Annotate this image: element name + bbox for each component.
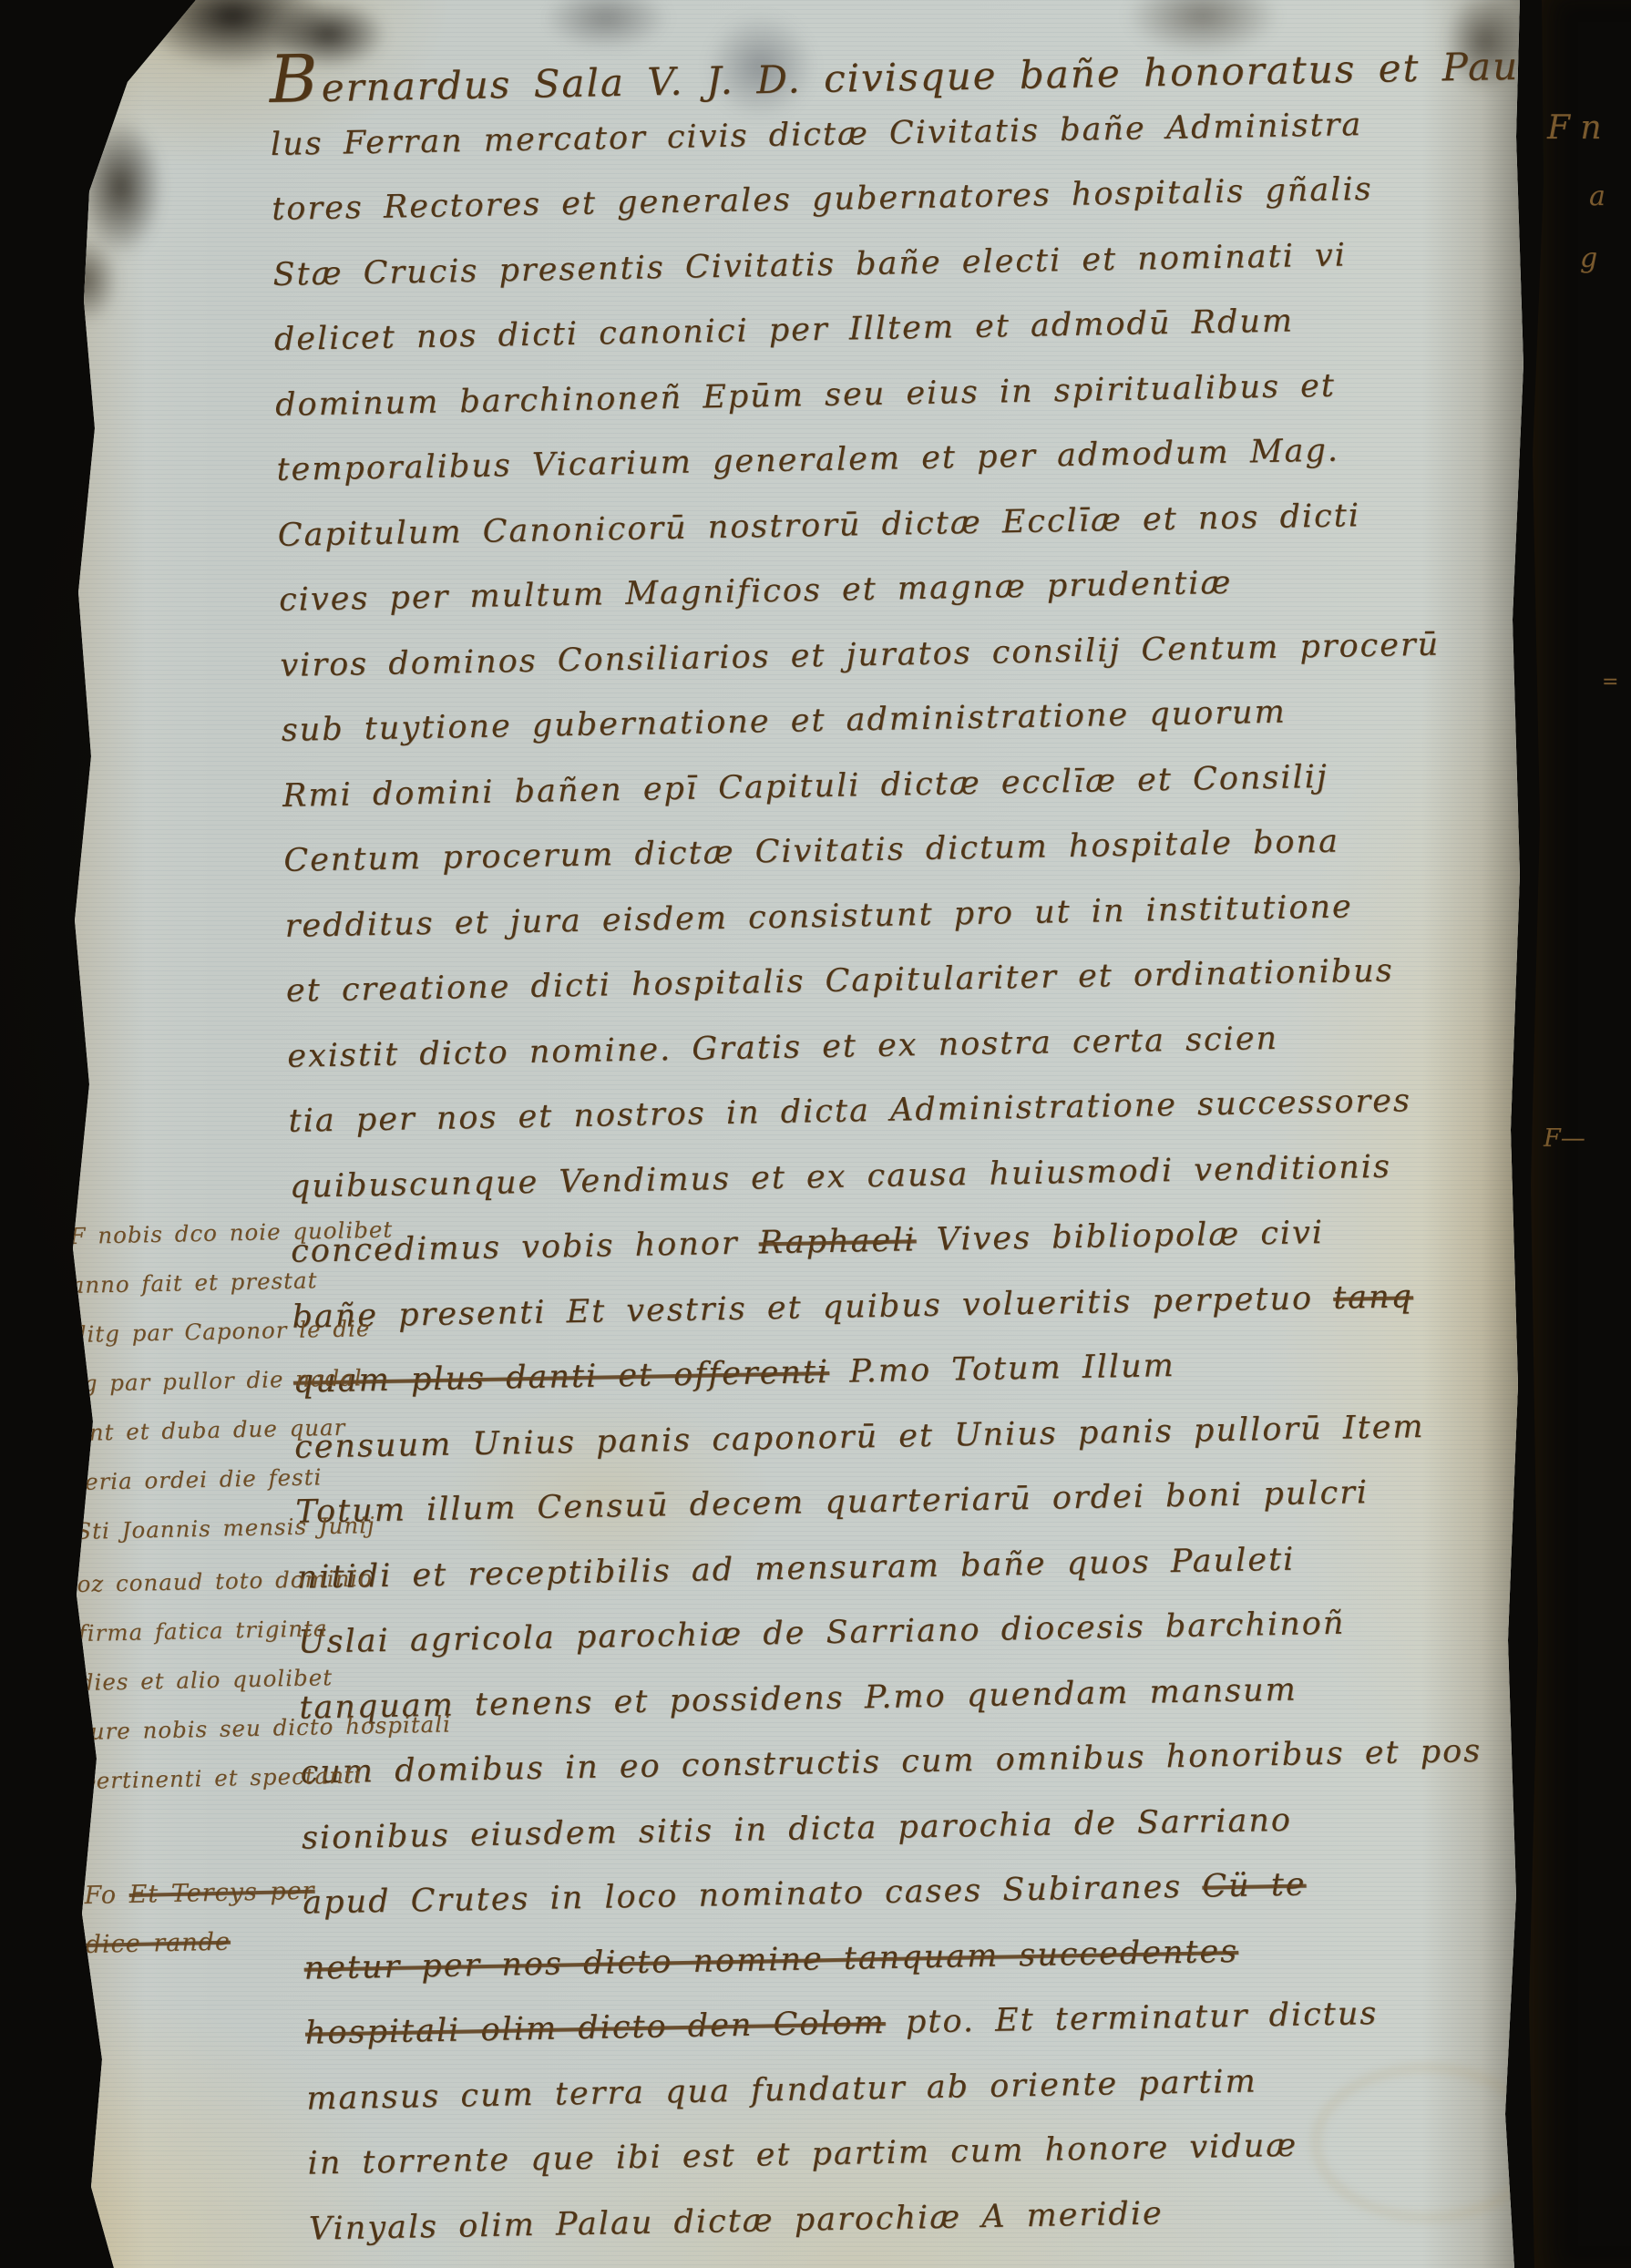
handwritten-text: existit dicto nomine. Gratis et ex nostr…	[287, 1020, 1278, 1074]
margin-note-3: Fo Et Tercys perdice rande	[84, 1867, 316, 1970]
handwritten-text: oz conaud toto dominio	[77, 1565, 373, 1597]
handwritten-text: sub tuytione gubernatione et administrat…	[281, 694, 1287, 749]
struck-text: dice rande	[85, 1928, 231, 1959]
manuscript-line: pertinenti et spectanti	[81, 1749, 453, 1806]
handwritten-text: cum domibus in eo constructis cum omnibu…	[300, 1733, 1482, 1791]
handwritten-text: Jure nobis seu dicto hospitali	[80, 1710, 452, 1745]
marginal-mark: F—	[1544, 1124, 1585, 1153]
handwritten-text: Stæ Crucis presentis Civitatis bañe elec…	[272, 237, 1347, 293]
handwritten-text: redditus et jura eisdem consistunt pro u…	[284, 888, 1353, 944]
handwritten-text: Capitulum Canonicorū nostrorū dictæ Eccl…	[277, 498, 1360, 554]
manuscript-line: dies et alio quolibet	[78, 1650, 450, 1708]
handwritten-text: Vives bibliopolæ civi	[916, 1215, 1324, 1258]
ink-smudge	[50, 237, 118, 323]
handwritten-text: firma fatica triginta	[77, 1615, 327, 1647]
handwritten-text: dominum barchinoneñ Epūm seu eius in spi…	[275, 367, 1336, 423]
handwritten-text: quibuscunque Vendimus et ex causa huiusm…	[290, 1148, 1392, 1205]
manuscript-line: teria ordei die festi	[75, 1452, 399, 1507]
marginal-mark: =	[1602, 671, 1616, 693]
handwritten-text: Rmi domini bañen epī Capituli dictæ eccl…	[282, 758, 1328, 814]
manuscript-line: dnt et duba due quar	[74, 1402, 398, 1458]
manuscript-page: Bernardus Sala V. J. D. civisque bañe ho…	[36, 0, 1531, 2268]
marginal-mark: g	[1580, 242, 1597, 274]
handwritten-text: Centum procerum dictæ Civitatis dictum h…	[283, 824, 1339, 879]
struck-text: netur per nos dicto nomine tanquam succe…	[303, 1933, 1238, 1986]
handwritten-text: anno fait et prestat	[70, 1267, 317, 1298]
handwritten-text: et creatione dicti hospitalis Capitulari…	[286, 953, 1394, 1010]
handwritten-text: teria ordei die festi	[75, 1463, 323, 1495]
handwritten-text: tores Rectores et generales gubernatores…	[272, 171, 1373, 228]
handwritten-text: dies et alio quolibet	[79, 1664, 333, 1696]
handwritten-text: P.mo Totum Illum	[829, 1348, 1175, 1391]
handwritten-text: tg par pullor die nadal	[73, 1364, 363, 1397]
struck-text: Et Tercys per	[128, 1877, 315, 1909]
handwritten-text: viros dominos Consiliarios et juratos co…	[280, 626, 1440, 683]
handwritten-text: Uslai agricola parochiæ de Sarriano dioc…	[298, 1606, 1346, 1661]
handwritten-text: Vinyals olim Palau dictæ parochiæ A meri…	[309, 2195, 1164, 2247]
marginal-mark: a	[1589, 180, 1605, 212]
struck-text: Cü te	[1202, 1866, 1307, 1904]
handwritten-text: sionibus eiusdem sitis in dicta parochia…	[302, 1801, 1293, 1856]
handwritten-text: F nobis dco noie quolibet	[69, 1216, 393, 1249]
handwritten-text: mansus cum terra qua fundatur ab oriente…	[306, 2063, 1257, 2117]
handwritten-text: in torrente que ibi est et partim cum ho…	[307, 2128, 1298, 2182]
manuscript-line: F nobis dco noie quolibet	[69, 1206, 394, 1261]
handwritten-text: bañe presenti Et vestris et quibus volue…	[292, 1279, 1333, 1335]
ink-smudge	[77, 118, 164, 255]
manuscript-line: Fo Et Tercys per	[84, 1867, 315, 1921]
struck-text: Raphaeli	[758, 1222, 917, 1261]
manuscript-photo: Bernardus Sala V. J. D. civisque bañe ho…	[0, 0, 1631, 2268]
handwritten-text: ditg par Caponor le die	[72, 1315, 371, 1348]
margin-note-1: F nobis dco noie quolibetanno fait et pr…	[69, 1206, 400, 1556]
manuscript-line: tg par pullor die nadal	[72, 1353, 396, 1409]
handwritten-text: delicet nos dicti canonici per Illtem et…	[274, 303, 1295, 358]
struck-text: hospitali olim dicto den Colom	[305, 2005, 887, 2052]
main-text: Bernardus Sala V. J. D. civisque bañe ho…	[269, 25, 1548, 2263]
manuscript-line: anno fait et prestat	[70, 1255, 395, 1310]
manuscript-line: Sti Joannis mensis Junij	[76, 1501, 400, 1556]
handwritten-text: tia per nos et nostros in dicta Administ…	[288, 1083, 1411, 1140]
manuscript-line: dice rande	[85, 1916, 316, 1970]
struck-text: tanq	[1333, 1278, 1414, 1317]
handwritten-text: Totum illum Censuū decem quarteriarū ord…	[295, 1474, 1369, 1531]
handwritten-text: apud Crutes in loco nominato cases Subir…	[303, 1869, 1203, 1922]
handwritten-text: pertinenti et spectanti	[81, 1761, 363, 1793]
manuscript-line: oz conaud toto dominio	[77, 1552, 448, 1609]
handwritten-text: lus Ferran mercator civis dictæ Civitati…	[271, 107, 1363, 163]
manuscript-line: Jure nobis seu dicto hospitali	[79, 1699, 451, 1757]
facing-page-edge: F n a g = F—	[1529, 0, 1631, 2268]
handwritten-text: Sti Joannis mensis Junij	[76, 1512, 375, 1544]
manuscript-line: firma fatica triginta	[77, 1601, 449, 1658]
handwritten-text: dnt et duba due quar	[74, 1414, 346, 1446]
handwritten-text: Fo	[84, 1881, 129, 1910]
handwritten-text: cives per multum Magnificos et magnæ pru…	[279, 565, 1233, 619]
handwritten-text: temporalibus Vicarium generalem et per a…	[276, 433, 1339, 488]
handwritten-text: pto. Et terminatur dictus	[885, 1996, 1378, 2041]
manuscript-line: ditg par Caponor le die	[71, 1304, 395, 1360]
handwritten-text: censuum Unius panis caponorū et Unius pa…	[294, 1409, 1425, 1466]
marginal-mark: F n	[1547, 109, 1602, 147]
margin-note-2: oz conaud toto dominiofirma fatica trigi…	[77, 1552, 453, 1805]
